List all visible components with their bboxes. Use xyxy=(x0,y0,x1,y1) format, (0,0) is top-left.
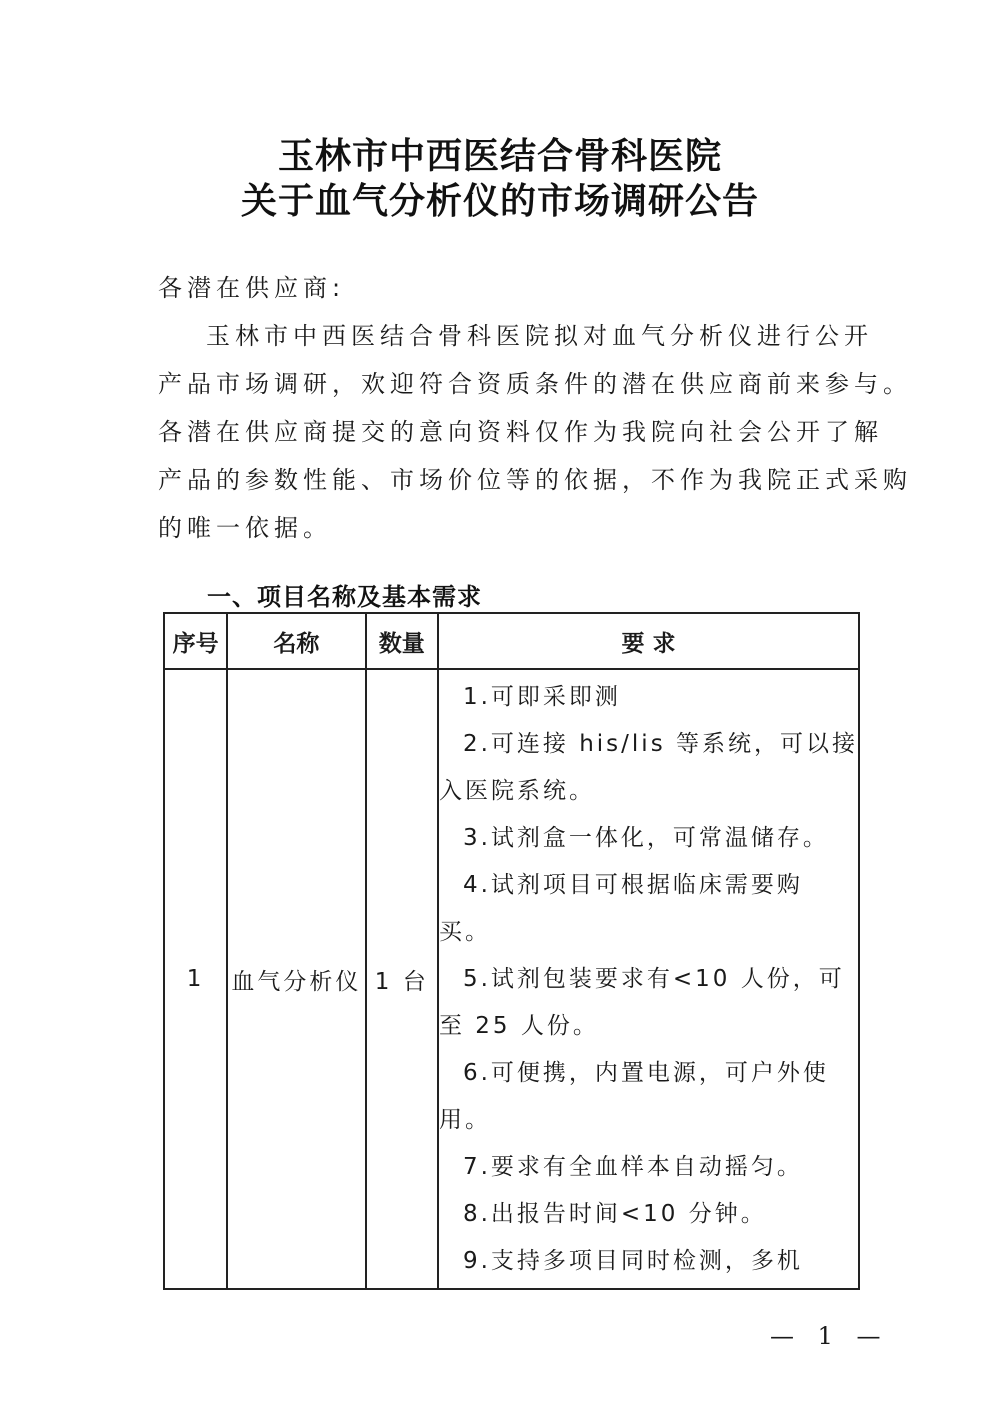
requirement-line: 2.可连接 his/lis 等系统，可以接 xyxy=(439,721,858,768)
body-line-3: 各潜在供应商提交的意向资料仅作为我院向社会公开了解 xyxy=(158,412,883,447)
header-requirements: 要 求 xyxy=(438,613,859,669)
body-line-1: 玉林市中西医结合骨科医院拟对血气分析仪进行公开 xyxy=(206,316,873,351)
requirement-line: 3.试剂盒一体化，可常温储存。 xyxy=(439,815,858,862)
cell-quantity: 1 台 xyxy=(366,669,438,1289)
header-name: 名称 xyxy=(227,613,365,669)
body-line-5: 的唯一依据。 xyxy=(158,508,332,543)
requirement-line: 5.试剂包装要求有<10 人份，可 xyxy=(439,956,858,1003)
section-heading: 一、项目名称及基本需求 xyxy=(207,577,482,612)
document-title-line-2: 关于血气分析仪的市场调研公告 xyxy=(0,173,1000,224)
table-header-row: 序号 名称 数量 要 求 xyxy=(164,613,859,669)
cell-requirements: 1.可即采即测 2.可连接 his/lis 等系统，可以接 入医院系统。 3.试… xyxy=(438,669,859,1289)
requirement-line: 7.要求有全血样本自动摇匀。 xyxy=(439,1144,858,1191)
requirement-line: 买。 xyxy=(439,909,858,956)
cell-name: 血气分析仪 xyxy=(227,669,365,1289)
salutation: 各潜在供应商: xyxy=(158,268,345,303)
requirement-line: 8.出报告时间<10 分钟。 xyxy=(439,1191,858,1238)
table-row: 1 血气分析仪 1 台 1.可即采即测 2.可连接 his/lis 等系统，可以… xyxy=(164,669,859,1289)
requirements-table: 序号 名称 数量 要 求 1 血气分析仪 1 台 1.可即采即测 2.可连接 h… xyxy=(163,612,860,1290)
document-title-line-1: 玉林市中西医结合骨科医院 xyxy=(0,128,1000,179)
requirement-line: 至 25 人份。 xyxy=(439,1003,858,1050)
header-quantity: 数量 xyxy=(366,613,438,669)
requirement-line: 9.支持多项目同时检测，多机 xyxy=(439,1238,858,1285)
page-number: — 1 — xyxy=(770,1322,889,1350)
cell-index: 1 xyxy=(164,669,227,1289)
requirement-line: 6.可便携，内置电源，可户外使 xyxy=(439,1050,858,1097)
requirement-line: 4.试剂项目可根据临床需要购 xyxy=(439,862,858,909)
requirement-line: 用。 xyxy=(439,1097,858,1144)
body-line-2: 产品市场调研，欢迎符合资质条件的潜在供应商前来参与。 xyxy=(158,364,912,399)
body-line-4: 产品的参数性能、市场价位等的依据，不作为我院正式采购 xyxy=(158,460,912,495)
requirement-line: 入医院系统。 xyxy=(439,768,858,815)
requirement-line: 1.可即采即测 xyxy=(439,674,858,721)
header-index: 序号 xyxy=(164,613,227,669)
